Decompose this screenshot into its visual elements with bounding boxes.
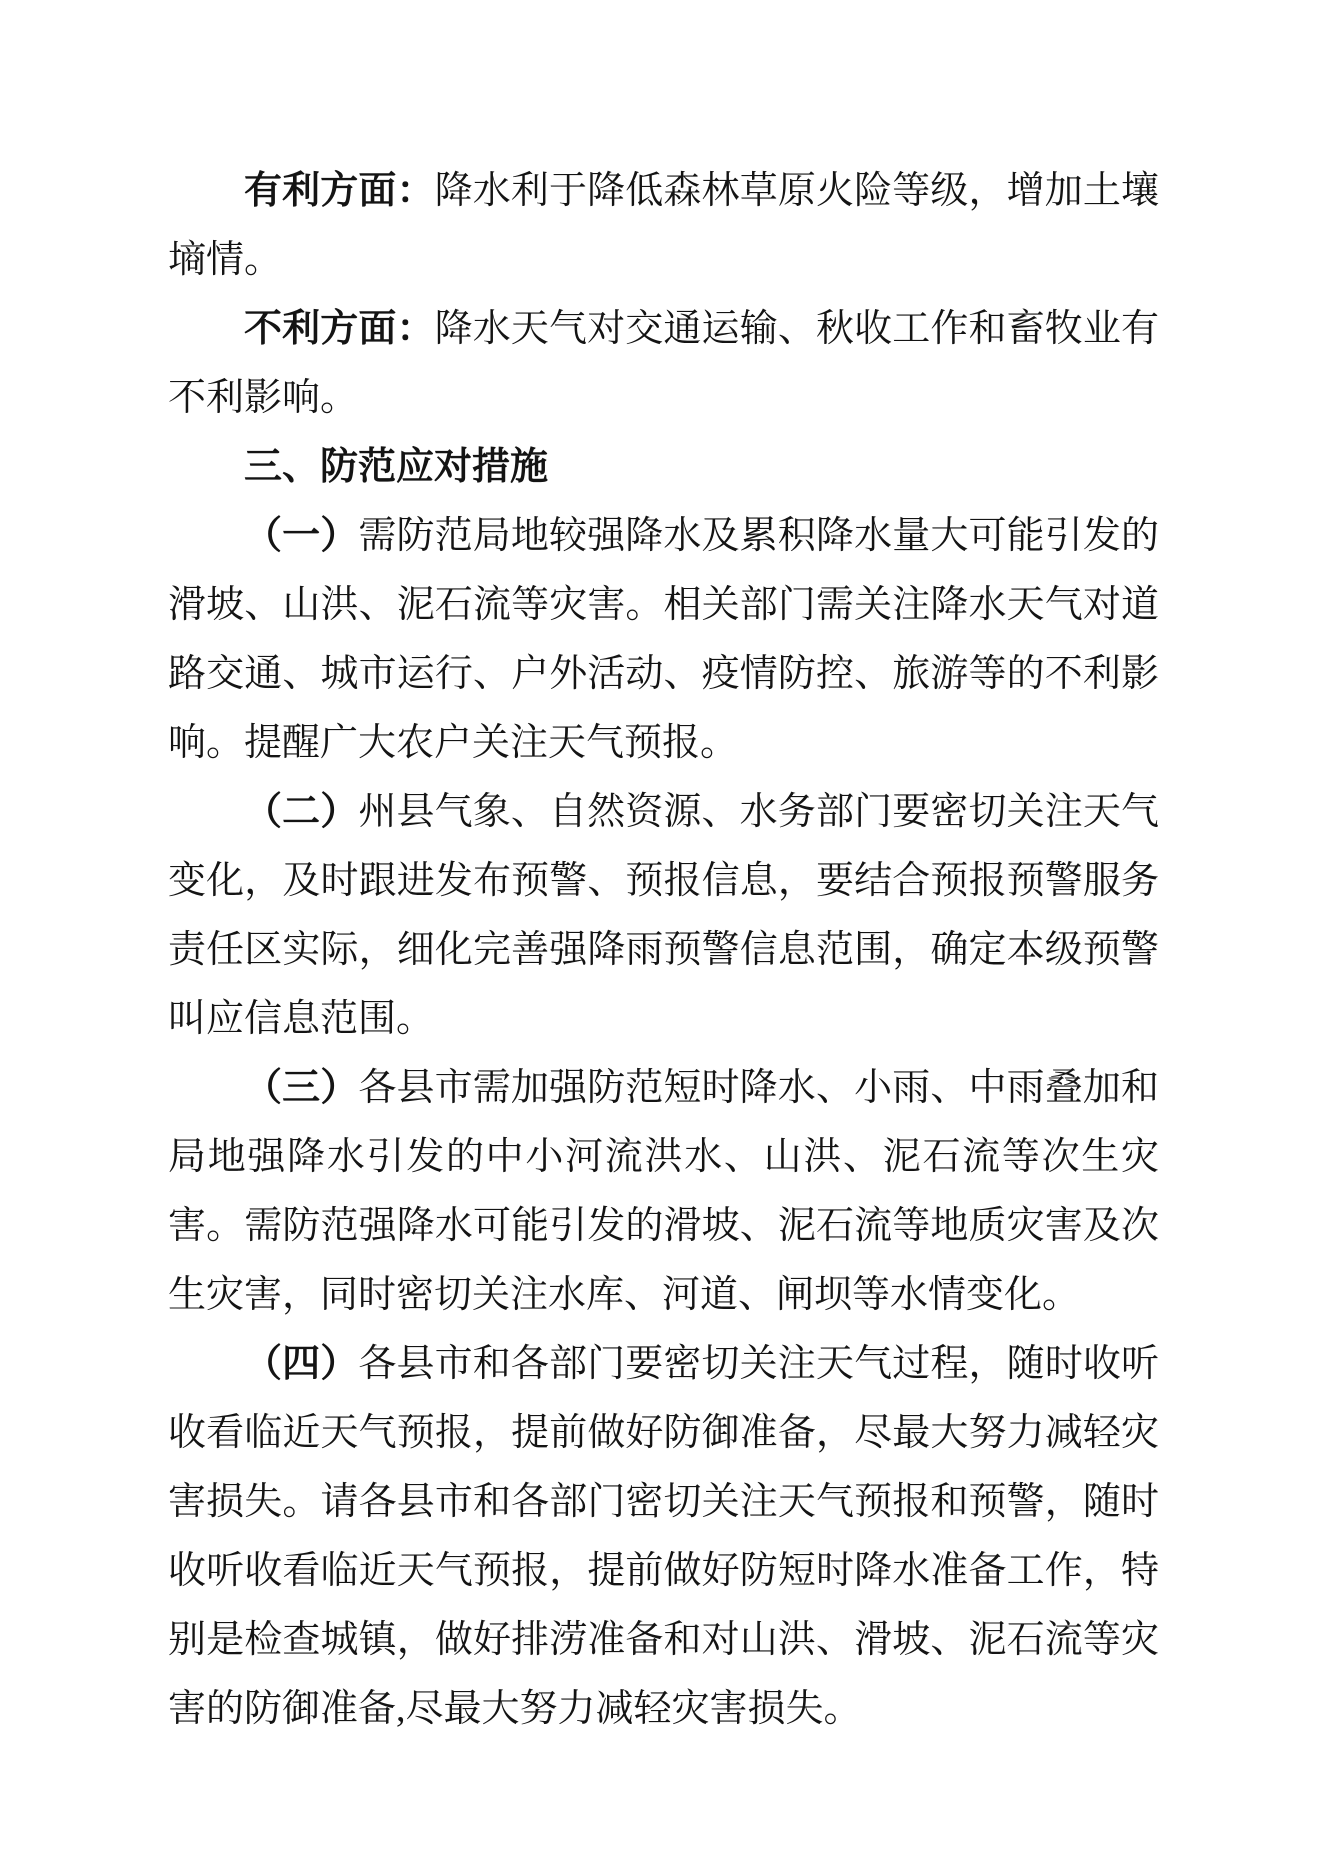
section-heading-text: 三、防范应对措施: [244, 446, 548, 488]
paragraph-measure-3: （三）各县市需加强防范短时降水、小雨、中雨叠加和局地强降水引发的中小河流洪水、山…: [168, 1054, 1159, 1330]
document-page: 有利方面：降水利于降低森林草原火险等级，增加土壤墒情。 不利方面：降水天气对交通…: [0, 0, 1323, 1871]
paragraph-measure-2: （二）州县气象、自然资源、水务部门要密切关注天气变化，及时跟进发布预警、预报信息…: [168, 778, 1159, 1054]
measure-2-marker: （二）: [244, 791, 358, 833]
measure-4-marker: （四）: [244, 1343, 358, 1385]
paragraph-unfavorable-aspects: 不利方面：降水天气对交通运输、秋收工作和畜牧业有不利影响。: [168, 295, 1159, 433]
section-heading-prevention-measures: 三、防范应对措施: [168, 433, 1159, 502]
paragraph-measure-1: （一）需防范局地较强降水及累积降水量大可能引发的滑坡、山洪、泥石流等灾害。相关部…: [168, 502, 1159, 778]
paragraph-measure-4: （四）各县市和各部门要密切关注天气过程，随时收听收看临近天气预报，提前做好防御准…: [168, 1330, 1159, 1744]
paragraph-favorable-aspects: 有利方面：降水利于降低森林草原火险等级，增加土壤墒情。: [168, 157, 1159, 295]
measure-3-marker: （三）: [244, 1067, 358, 1109]
unfavorable-aspects-label: 不利方面：: [244, 308, 435, 350]
favorable-aspects-label: 有利方面：: [244, 170, 435, 212]
measure-1-marker: （一）: [244, 515, 358, 557]
measure-4-text: 各县市和各部门要密切关注天气过程，随时收听收看临近天气预报，提前做好防御准备，尽…: [168, 1343, 1159, 1730]
